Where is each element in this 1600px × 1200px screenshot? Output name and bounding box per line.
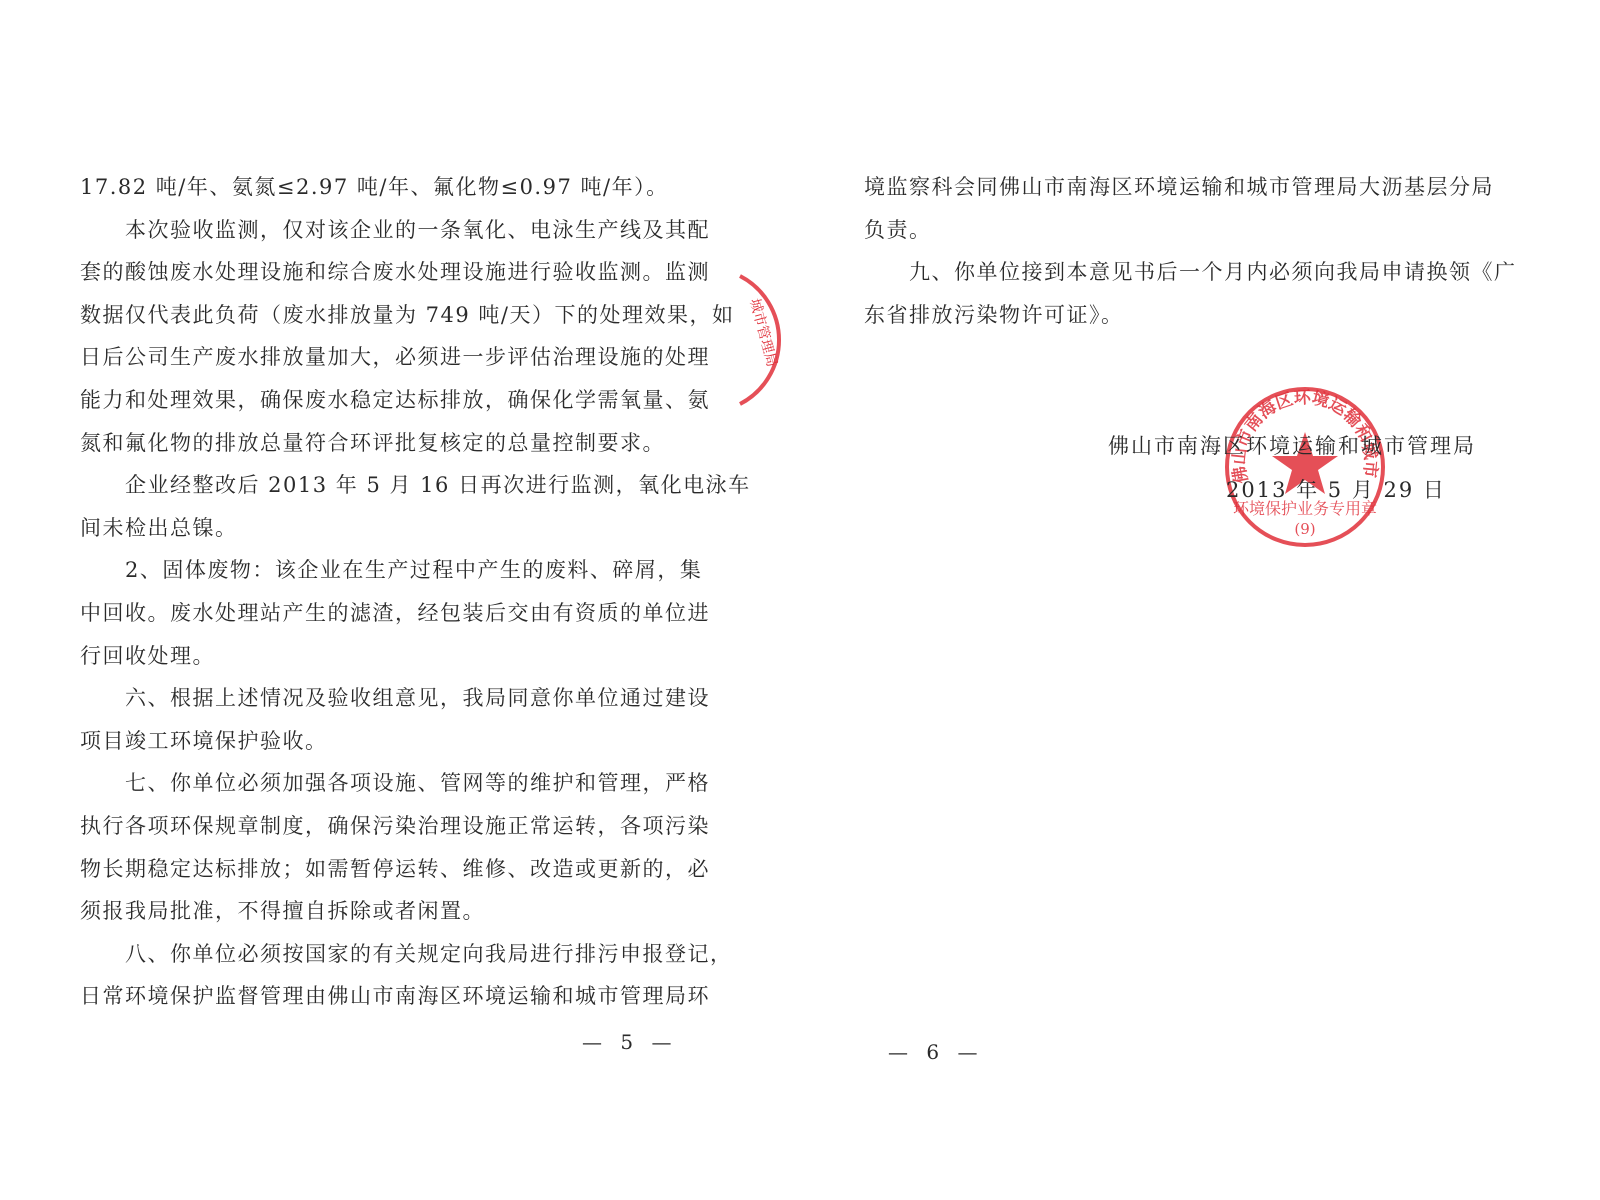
text-line: 17.82 吨/年、氨氮≤2.97 吨/年、氟化物≤0.97 吨/年）。 <box>80 172 669 202</box>
text-line: 负责。 <box>864 215 932 245</box>
text-line: 能力和处理效果，确保废水稳定达标排放，确保化学需氧量、氨 <box>80 385 710 415</box>
signature-org: 佛山市南海区环境运输和城市管理局 <box>1108 430 1476 460</box>
text-line: 项目竣工环境保护验收。 <box>80 726 328 756</box>
left-page: 17.82 吨/年、氨氮≤2.97 吨/年、氟化物≤0.97 吨/年）。 本次验… <box>0 0 760 1200</box>
text-line: 八、你单位必须按国家的有关规定向我局进行排污申报登记， <box>80 939 733 969</box>
text-line: 本次验收监测，仅对该企业的一条氧化、电泳生产线及其配 <box>80 215 710 245</box>
partial-seal-text: 城市管理局 <box>746 297 780 369</box>
text-line: 中回收。废水处理站产生的滤渣，经包装后交由有资质的单位进 <box>80 598 710 628</box>
text-line: 东省排放污染物许可证》。 <box>864 300 1124 330</box>
text-line: 执行各项环保规章制度，确保污染治理设施正常运转，各项污染 <box>80 811 710 841</box>
text-line: 境监察科会同佛山市南海区环境运输和城市管理局大沥基层分局 <box>864 172 1494 202</box>
text-line: 行回收处理。 <box>80 641 215 671</box>
seal-number: (9) <box>1294 520 1315 538</box>
partial-seal: 城市管理局 <box>700 270 790 410</box>
text-line: 间未检出总镍。 <box>80 513 238 543</box>
text-line: 氮和氟化物的排放总量符合环评批复核定的总量控制要求。 <box>80 428 665 458</box>
signature-date: 2013 年 5 月 29 日 <box>1226 474 1446 504</box>
text-line: 企业经整改后 2013 年 5 月 16 日再次进行监测，氧化电泳车 <box>80 470 751 500</box>
text-line: 2、固体废物：该企业在生产过程中产生的废料、碎屑，集 <box>80 555 702 585</box>
text-line: 六、根据上述情况及验收组意见，我局同意你单位通过建设 <box>80 683 710 713</box>
text-line: 物长期稳定达标排放；如需暂停运转、维修、改造或更新的，必 <box>80 854 710 884</box>
page-number-6: — 6 — <box>888 1040 983 1064</box>
page-number-5: — 5 — <box>582 1030 677 1054</box>
text-line: 套的酸蚀废水处理设施和综合废水处理设施进行验收监测。监测 <box>80 257 710 287</box>
text-line: 数据仅代表此负荷（废水排放量为 749 吨/天）下的处理效果，如 <box>80 300 735 330</box>
right-page: 境监察科会同佛山市南海区环境运输和城市管理局大沥基层分局负责。 九、你单位接到本… <box>840 0 1600 1200</box>
text-line: 九、你单位接到本意见书后一个月内必须向我局申请换领《广 <box>864 257 1517 287</box>
text-line: 日后公司生产废水排放量加大，必须进一步评估治理设施的处理 <box>80 342 710 372</box>
text-line: 日常环境保护监督管理由佛山市南海区环境运输和城市管理局环 <box>80 981 710 1011</box>
official-seal: 佛山市南海区环境运输和城市管理局 环境保护业务专用章 (9) <box>1220 382 1390 552</box>
text-line: 须报我局批准，不得擅自拆除或者闲置。 <box>80 896 485 926</box>
text-line: 七、你单位必须加强各项设施、管网等的维护和管理，严格 <box>80 768 710 798</box>
